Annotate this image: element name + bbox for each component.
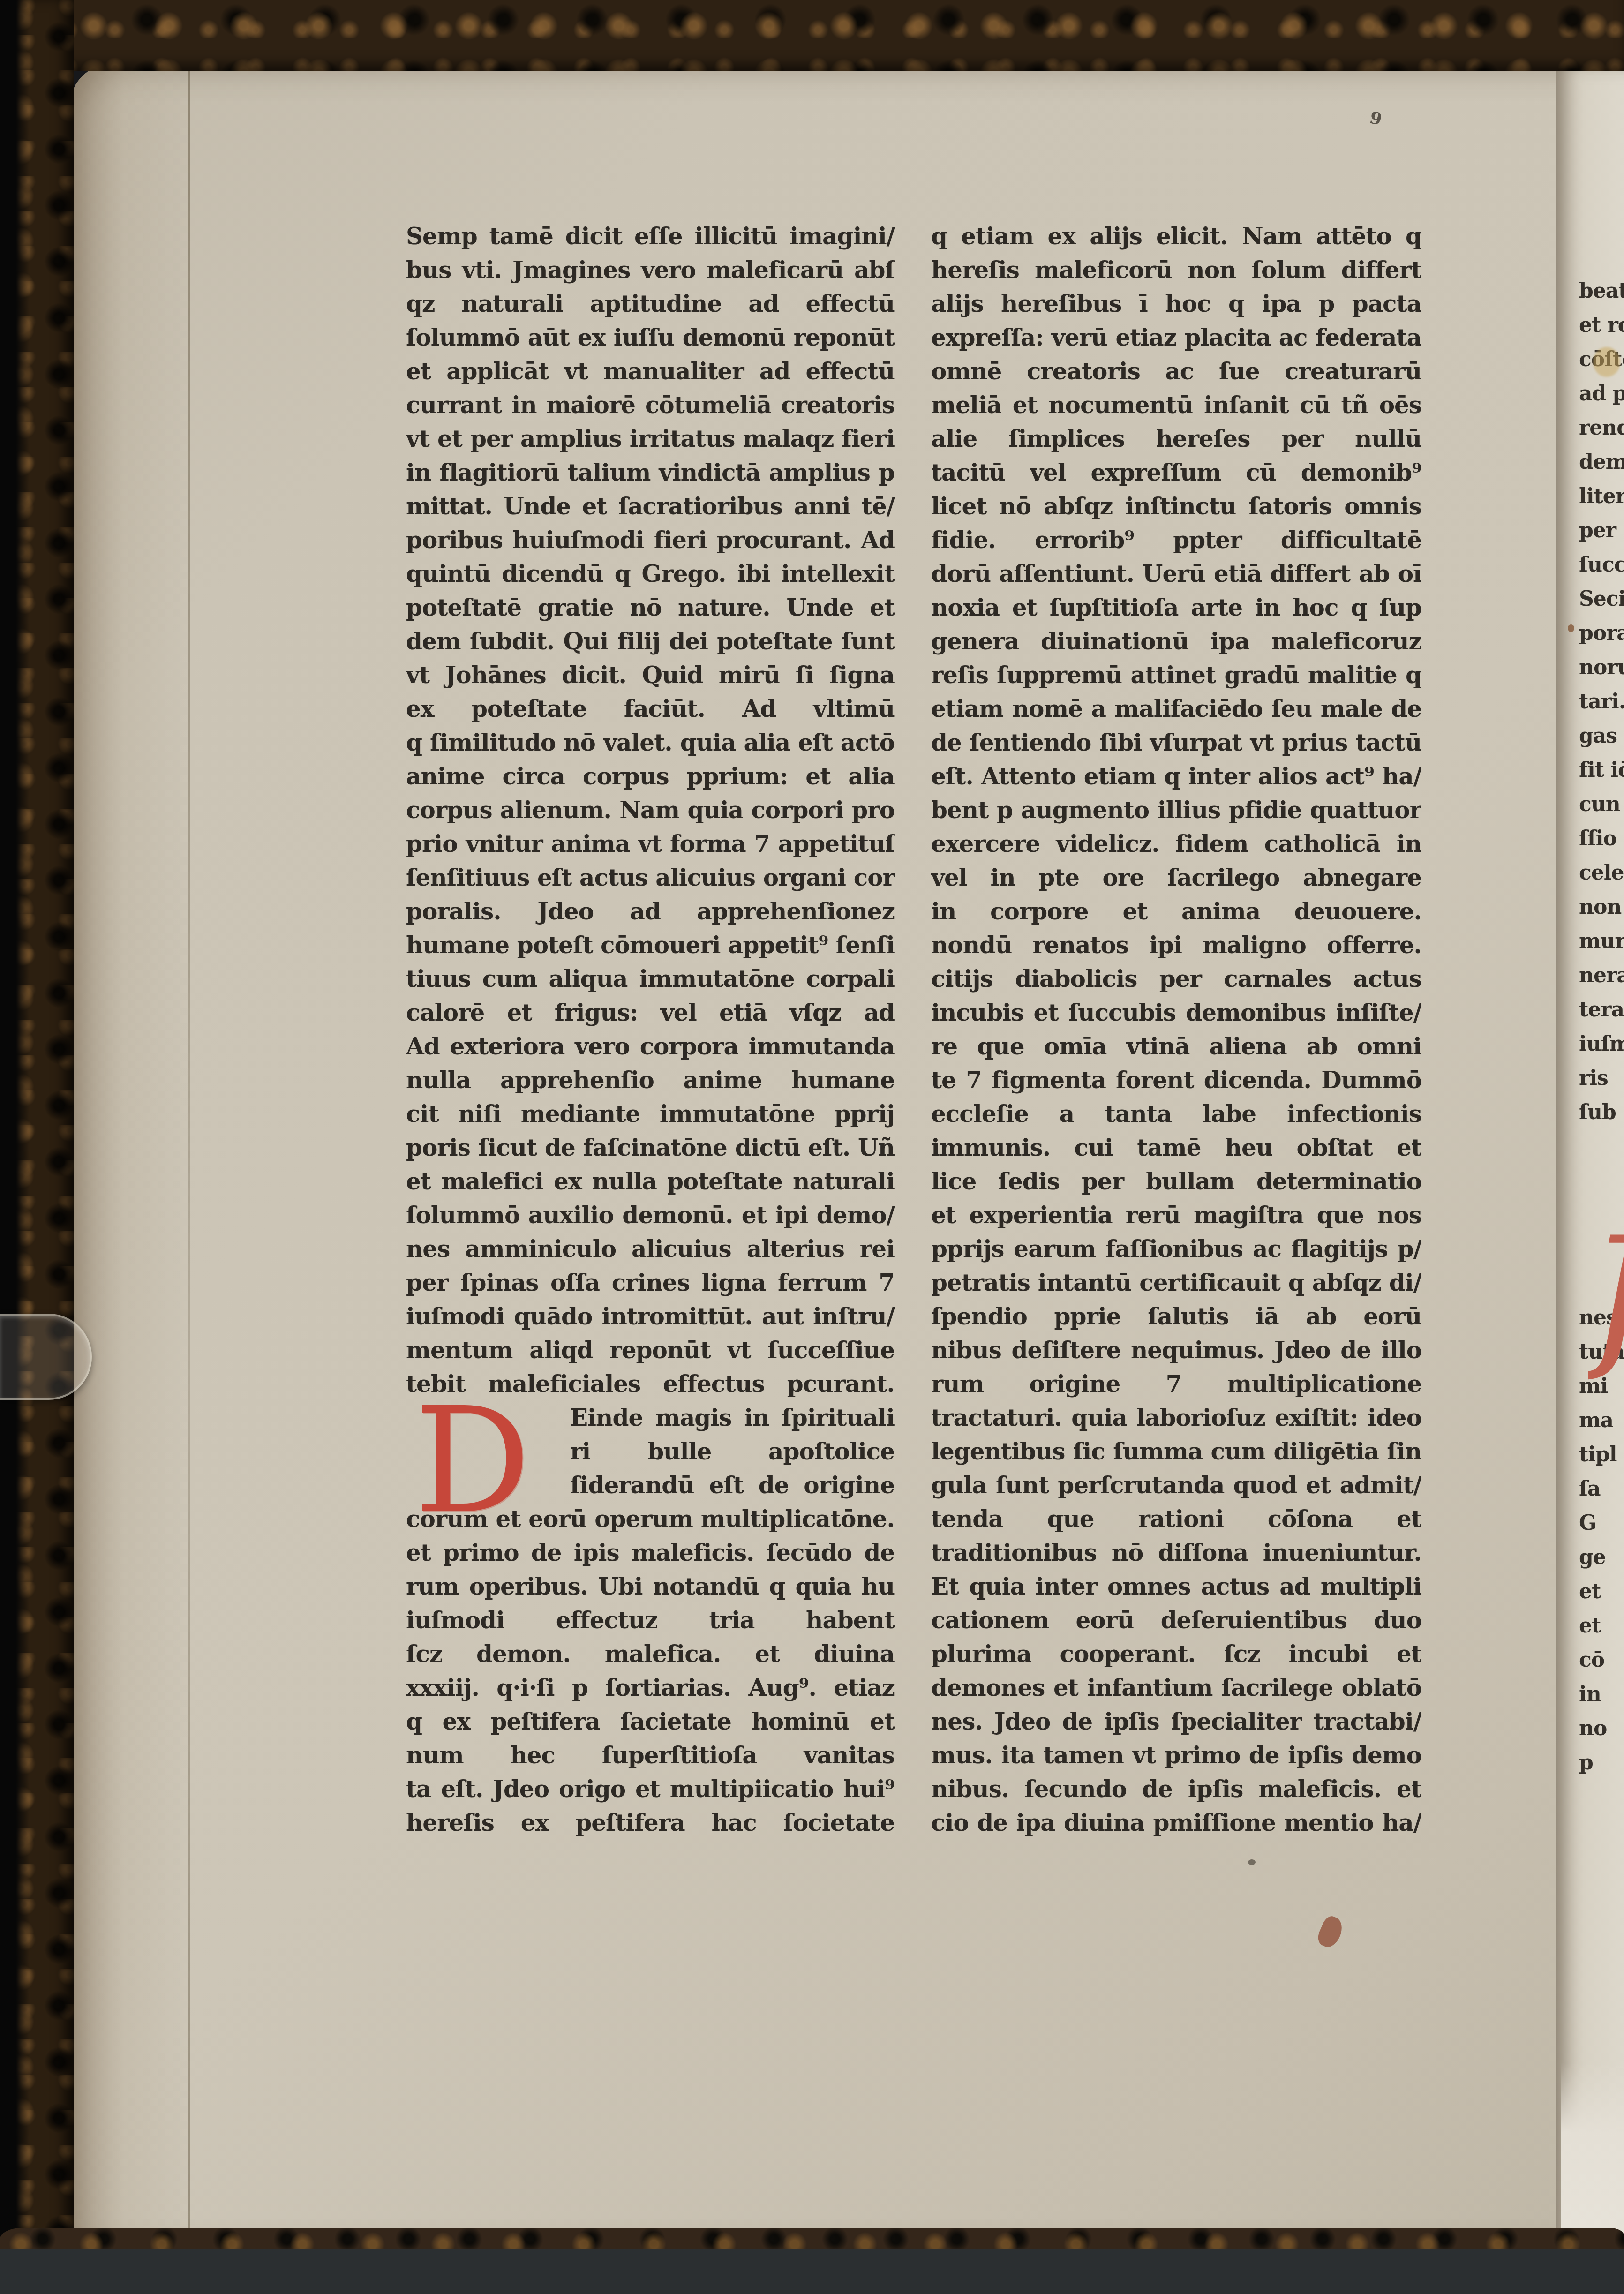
stain-ink xyxy=(1248,1859,1256,1865)
right-column-text: q etiam ex alijs elicit. Nam attēto q he… xyxy=(931,219,1421,1840)
stain-dot xyxy=(1568,624,1574,632)
left-column-text: Semp tamē dicit eſſe illicitū imagini/bu… xyxy=(406,219,895,1401)
stain-yellow xyxy=(1593,347,1620,377)
left-column-paragraph-text: corum et eorū operum multiplicatōne.et p… xyxy=(406,1502,895,1840)
binding-top-edge xyxy=(0,0,1624,71)
fore-edge-text: beatuet rocōſtead prenddemoliter qper co… xyxy=(1579,274,1624,1821)
book-photo: beatuet rocōſtead prenddemoliter qper co… xyxy=(0,0,1624,2294)
fore-edge-red-initial: J xyxy=(1588,1200,1624,1402)
binding-left-shadow xyxy=(0,0,29,2294)
background-bottom xyxy=(0,2249,1624,2294)
gutter-shadow xyxy=(70,65,190,2249)
gutter-crease xyxy=(188,65,190,2249)
plastic-page-clip xyxy=(0,1314,92,1400)
left-column-indent-text: Einde magis in ſpirituali tenori bulle a… xyxy=(570,1401,895,1502)
